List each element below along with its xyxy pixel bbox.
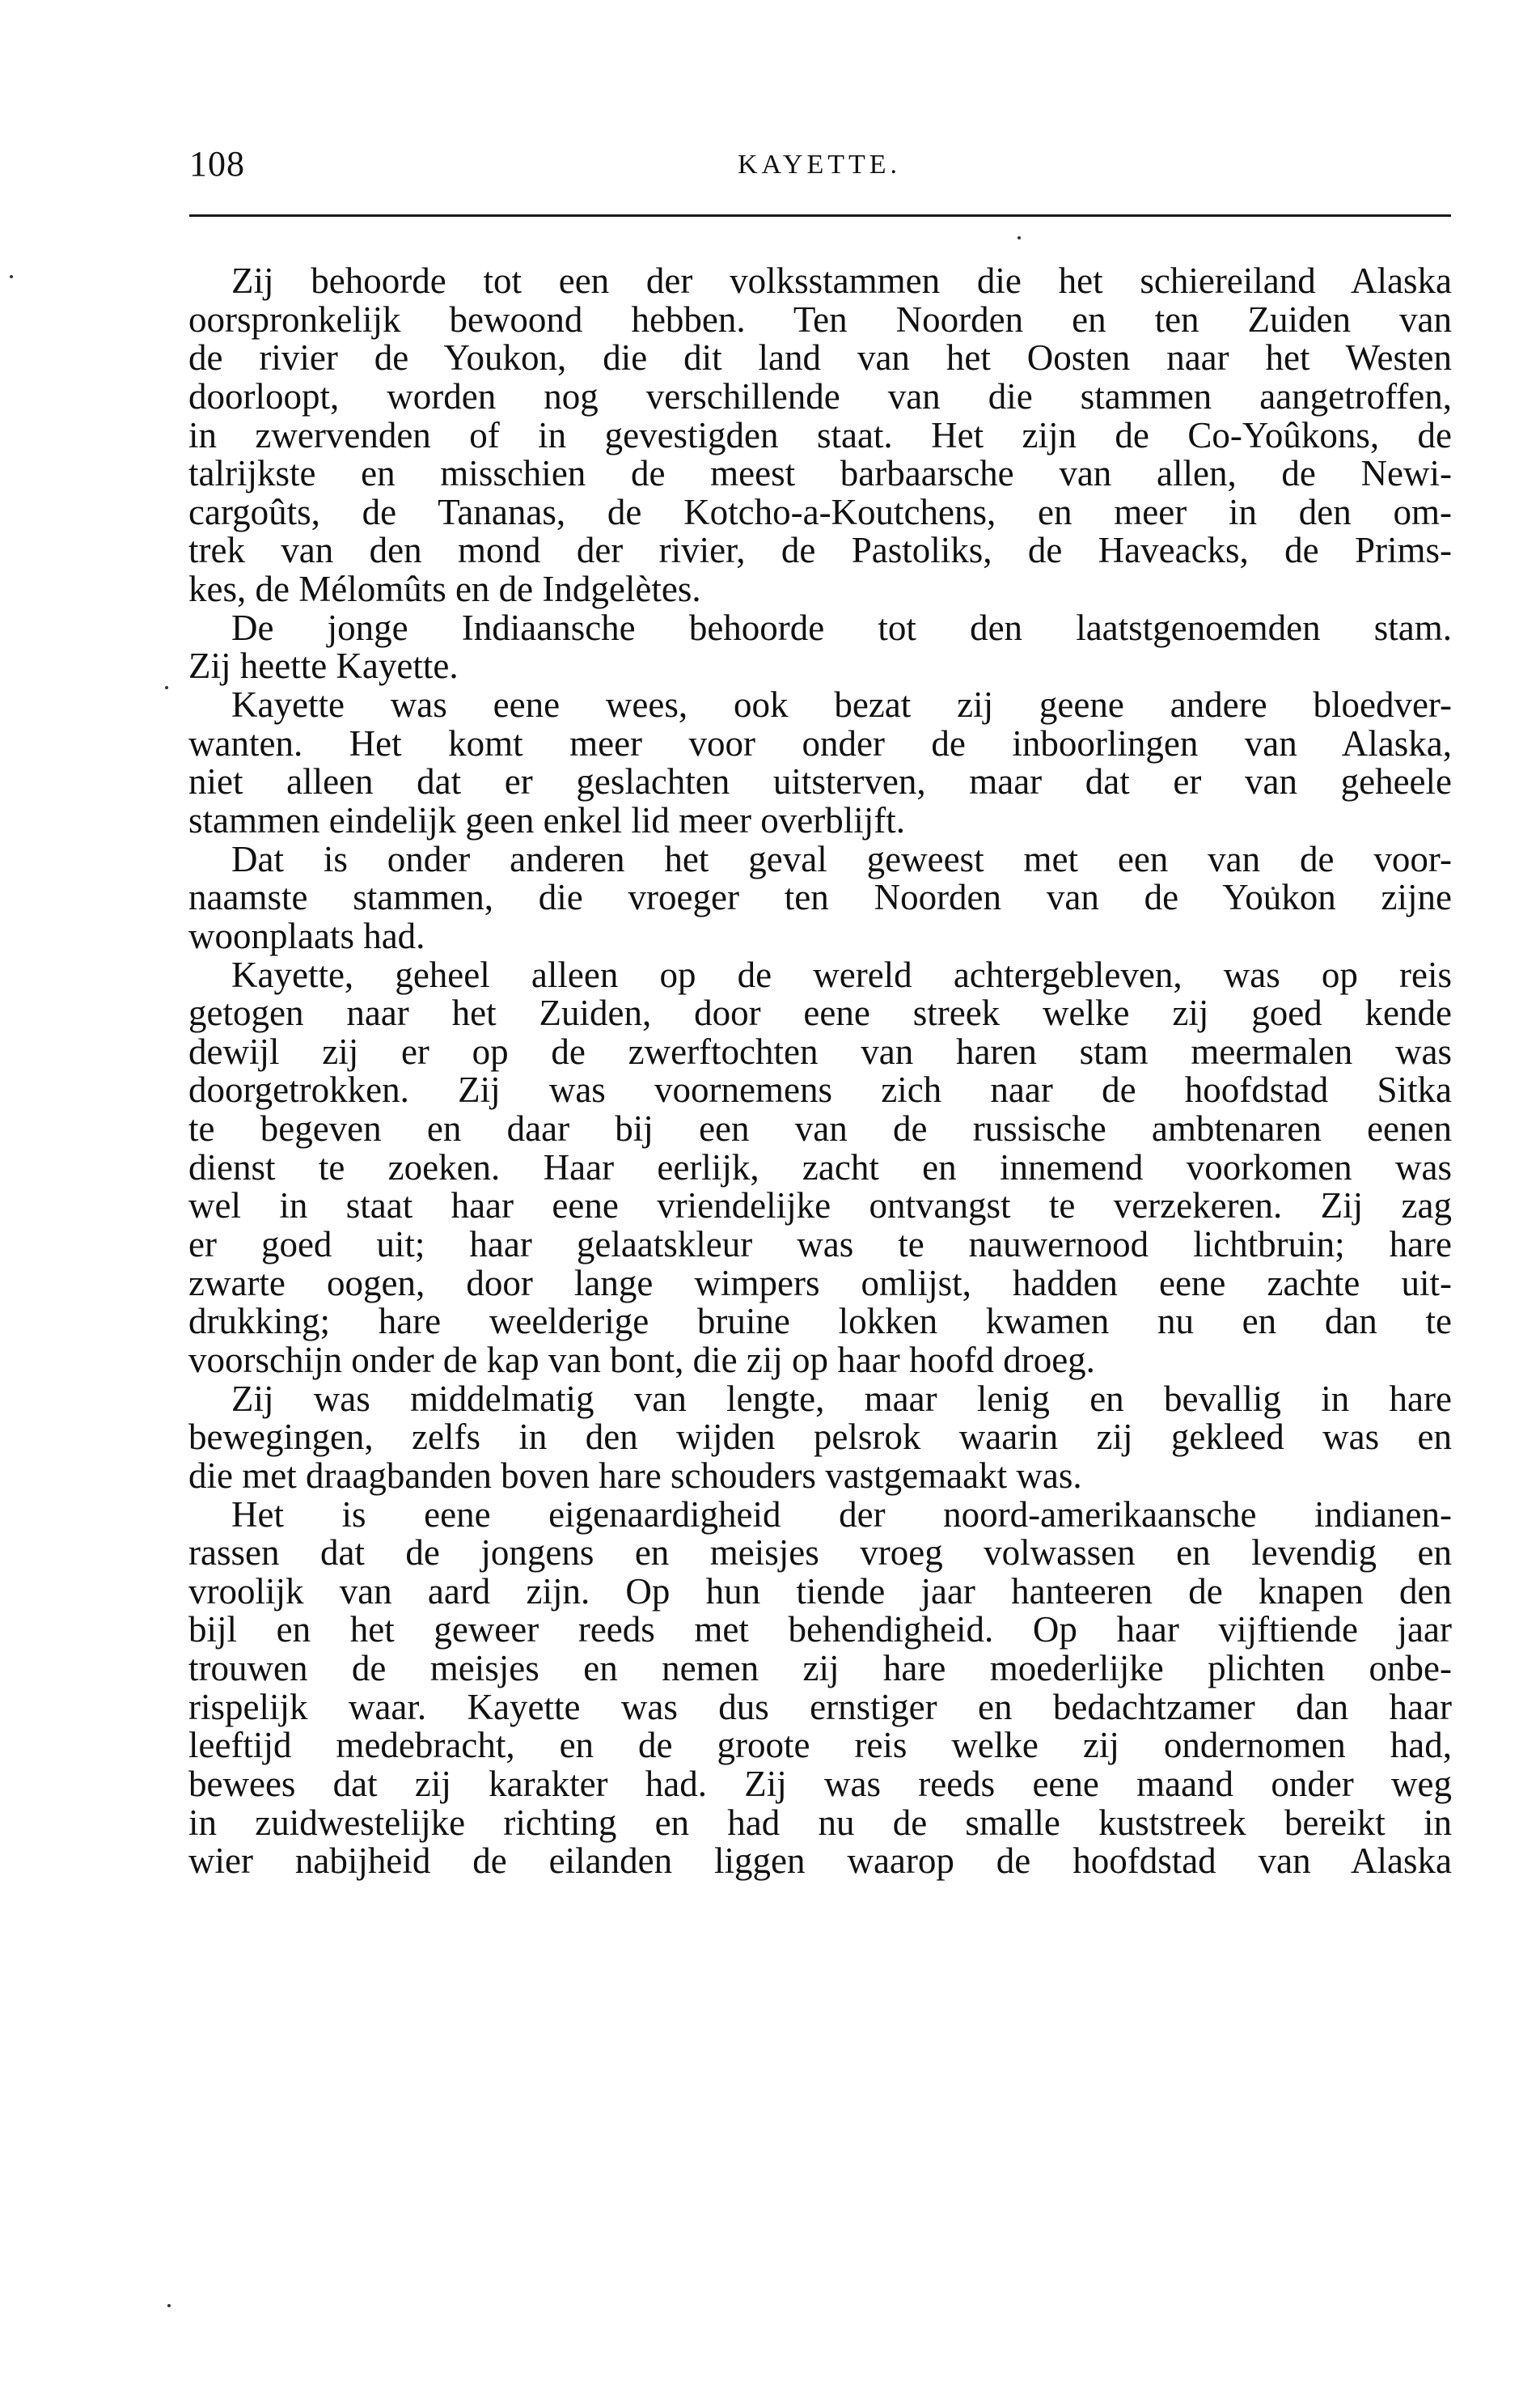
- text-line: naamste stammen, die vroeger ten Noorden…: [188, 879, 1452, 917]
- text-line: drukking; hare weelderige bruine lokken …: [188, 1303, 1452, 1341]
- print-speck: [167, 2304, 171, 2307]
- text-line: trek van den mond der rivier, de Pastoli…: [188, 532, 1452, 570]
- text-line: rassen dat de jongens en meisjes vroeg v…: [188, 1534, 1452, 1573]
- text-line: Zij heette Kayette.: [188, 647, 1452, 686]
- text-line: in zuidwestelijke richting en had nu de …: [188, 1804, 1452, 1843]
- header-rule: [189, 214, 1451, 217]
- text-line: er goed uit; haar gelaatskleur was te na…: [188, 1226, 1452, 1264]
- text-line: doorgetrokken. Zij was voornemens zich n…: [188, 1071, 1452, 1110]
- text-line: die met draagbanden boven hare schouders…: [188, 1457, 1452, 1496]
- print-speck: [10, 275, 13, 278]
- text-line: wanten. Het komt meer voor onder de inbo…: [188, 725, 1452, 764]
- text-line: bewegingen, zelfs in den wijden pelsrok …: [188, 1418, 1452, 1457]
- text-line: kes, de Mélomûts en de Indgelètes.: [188, 570, 1452, 609]
- text-line: rispelijk waar. Kayette was dus ernstige…: [188, 1688, 1452, 1727]
- paragraph: Zij was middelmatig van lengte, maar len…: [188, 1380, 1452, 1496]
- text-line: leeftijd medebracht, en de groote reis w…: [188, 1726, 1452, 1765]
- text-line: Zij behoorde tot een der volksstammen di…: [188, 262, 1452, 301]
- print-speck: [1017, 236, 1021, 239]
- text-line: bewees dat zij karakter had. Zij was ree…: [188, 1765, 1452, 1804]
- text-line: talrijkste en misschien de meest barbaar…: [188, 455, 1452, 493]
- text-line: woonplaats had.: [188, 917, 1452, 956]
- text-line: stammen eindelijk geen enkel lid meer ov…: [188, 802, 1452, 841]
- text-line: trouwen de meisjes en nemen zij hare moe…: [188, 1650, 1452, 1688]
- text-line: dewijl zij er op de zwerftochten van har…: [188, 1033, 1452, 1072]
- body-text: Zij behoorde tot een der volksstammen di…: [188, 262, 1452, 1881]
- text-line: getogen naar het Zuiden, door eene stree…: [188, 994, 1452, 1033]
- text-line: in zwervenden of in gevestigden staat. H…: [188, 417, 1452, 455]
- text-line: Kayette, geheel alleen op de wereld acht…: [188, 956, 1452, 995]
- text-line: voorschijn onder de kap van bont, die zi…: [188, 1341, 1452, 1380]
- text-line: niet alleen dat er geslachten uitsterven…: [188, 763, 1452, 802]
- text-line: De jonge Indiaansche behoorde tot den la…: [188, 609, 1452, 648]
- text-line: dienst te zoeken. Haar eerlijk, zacht en…: [188, 1149, 1452, 1188]
- running-title: KAYETTE.: [0, 149, 1540, 181]
- print-speck: [1271, 887, 1275, 890]
- text-line: wel in staat haar eene vriendelijke ontv…: [188, 1187, 1452, 1226]
- paragraph: Kayette, geheel alleen op de wereld acht…: [188, 956, 1452, 1380]
- paragraph: Zij behoorde tot een der volksstammen di…: [188, 262, 1452, 609]
- text-line: de rivier de Youkon, die dit land van he…: [188, 339, 1452, 378]
- paragraph: Kayette was eene wees, ook bezat zij gee…: [188, 686, 1452, 841]
- paragraph: Dat is onder anderen het geval geweest m…: [188, 841, 1452, 956]
- paragraph: De jonge Indiaansche behoorde tot den la…: [188, 609, 1452, 686]
- text-line: zwarte oogen, door lange wimpers omlijst…: [188, 1264, 1452, 1303]
- text-line: te begeven en daar bij een van de russis…: [188, 1110, 1452, 1149]
- text-line: Zij was middelmatig van lengte, maar len…: [188, 1380, 1452, 1419]
- text-line: bijl en het geweer reeds met behendighei…: [188, 1611, 1452, 1650]
- text-line: vroolijk van aard zijn. Op hun tiende ja…: [188, 1573, 1452, 1612]
- text-line: Dat is onder anderen het geval geweest m…: [188, 841, 1452, 879]
- text-line: Het is eene eigenaardigheid der noord-am…: [188, 1496, 1452, 1535]
- text-line: Kayette was eene wees, ook bezat zij gee…: [188, 686, 1452, 725]
- text-line: doorloopt, worden nog verschillende van …: [188, 378, 1452, 417]
- text-line: oorspronkelijk bewoond hebben. Ten Noord…: [188, 301, 1452, 340]
- text-line: cargoûts, de Tananas, de Kotcho-a-Koutch…: [188, 493, 1452, 532]
- text-line: wier nabijheid de eilanden liggen waarop…: [188, 1842, 1452, 1881]
- print-speck: [165, 686, 168, 689]
- paragraph: Het is eene eigenaardigheid der noord-am…: [188, 1496, 1452, 1881]
